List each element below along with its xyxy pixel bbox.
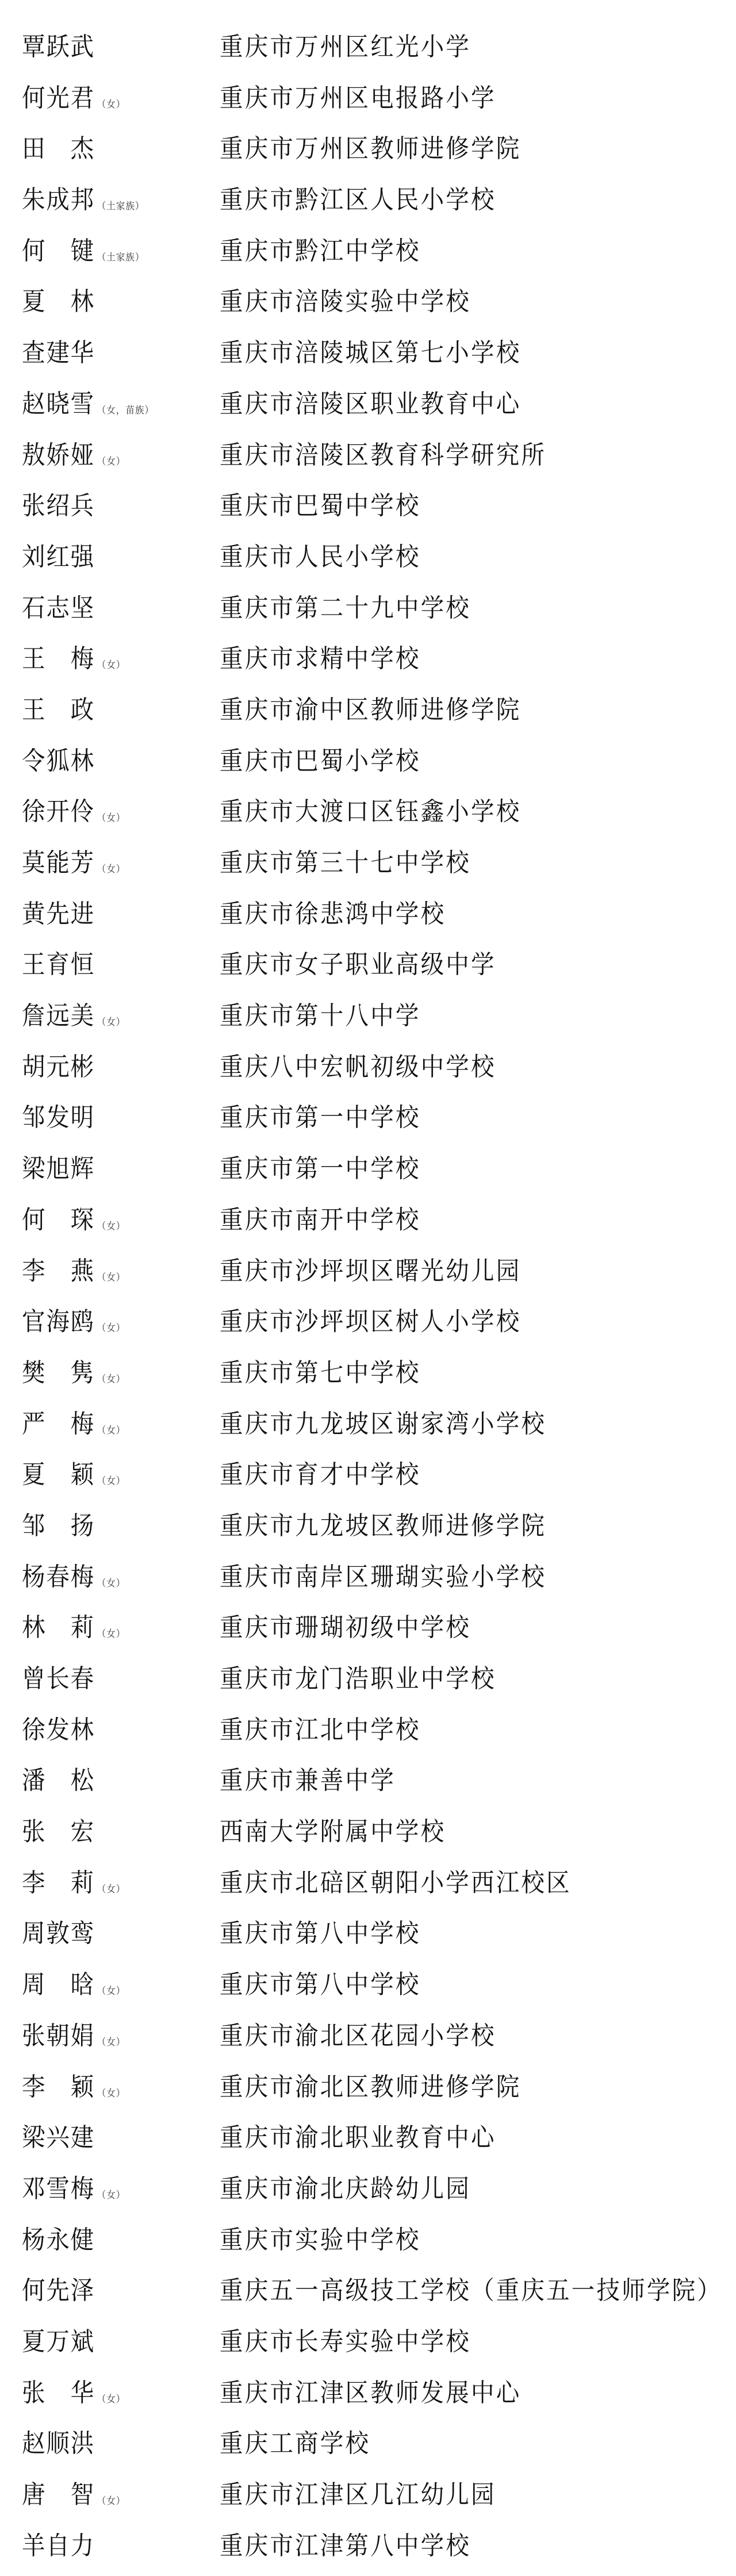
name-annotation: （女） bbox=[97, 1425, 126, 1436]
institution-name: 重庆市女子职业高级中学 bbox=[220, 948, 496, 982]
name-annotation: （女） bbox=[97, 2088, 126, 2099]
name-annotation: （女） bbox=[97, 456, 126, 467]
list-item: 胡元彬 重庆八中宏帆初级中学校 bbox=[0, 1050, 736, 1101]
person-name: 李 燕（女） bbox=[22, 1254, 125, 1289]
list-item: 赵晓雪（女，苗族） 重庆市涪陵区职业教育中心 bbox=[0, 387, 736, 438]
list-item: 何先泽 重庆五一高级技工学校（重庆五一技师学院） bbox=[0, 2274, 736, 2325]
person-name: 赵顺洪 bbox=[22, 2426, 97, 2461]
person-name: 田 杰 bbox=[22, 132, 97, 166]
institution-name: 重庆市实验中学校 bbox=[220, 2223, 421, 2257]
list-item: 官海鸥（女） 重庆市沙坪坝区树人小学校 bbox=[0, 1305, 736, 1356]
name-text: 何 键 bbox=[22, 234, 95, 269]
name-annotation: （女） bbox=[97, 1221, 126, 1232]
name-text: 张朝娟 bbox=[22, 2019, 95, 2053]
institution-name: 重庆市求精中学校 bbox=[220, 642, 421, 676]
name-text: 李 燕 bbox=[22, 1254, 95, 1289]
list-item: 令狐林 重庆市巴蜀小学校 bbox=[0, 744, 736, 795]
person-name: 莫能芳（女） bbox=[22, 846, 125, 880]
name-text: 夏 颖 bbox=[22, 1458, 95, 1492]
list-item: 覃跃武 重庆市万州区红光小学 bbox=[0, 30, 736, 81]
person-name: 梁兴建 bbox=[22, 2121, 97, 2155]
name-annotation: （女） bbox=[97, 812, 126, 824]
institution-name: 重庆市涪陵实验中学校 bbox=[220, 285, 471, 319]
list-item: 何 键（土家族） 重庆市黔江中学校 bbox=[0, 234, 736, 285]
name-text: 何光君 bbox=[22, 81, 95, 116]
person-name: 王 梅（女） bbox=[22, 642, 125, 676]
list-item: 张朝娟（女） 重庆市渝北区花园小学校 bbox=[0, 2019, 736, 2070]
person-name: 夏 颖（女） bbox=[22, 1458, 125, 1492]
name-text: 李 颖 bbox=[22, 2070, 95, 2104]
institution-name: 重庆市徐悲鸿中学校 bbox=[220, 897, 446, 931]
institution-name: 重庆市育才中学校 bbox=[220, 1458, 421, 1492]
institution-name: 重庆市兼善中学 bbox=[220, 1764, 396, 1798]
institution-name: 重庆市万州区教师进修学院 bbox=[220, 132, 521, 166]
name-text: 严 梅 bbox=[22, 1407, 95, 1442]
list-item: 何光君（女） 重庆市万州区电报路小学 bbox=[0, 81, 736, 132]
list-item: 周 晗（女） 重庆市第八中学校 bbox=[0, 1968, 736, 2019]
institution-name: 重庆市万州区红光小学 bbox=[220, 30, 471, 64]
name-text: 覃跃武 bbox=[22, 30, 95, 64]
name-text: 樊 隽 bbox=[22, 1356, 95, 1390]
person-name: 张 宏 bbox=[22, 1815, 97, 1849]
institution-name: 重庆市渝北职业教育中心 bbox=[220, 2121, 496, 2155]
person-name: 潘 松 bbox=[22, 1764, 97, 1798]
list-item: 何 琛（女） 重庆市南开中学校 bbox=[0, 1203, 736, 1254]
institution-name: 重庆市渝北区教师进修学院 bbox=[220, 2070, 521, 2104]
name-annotation: （土家族） bbox=[97, 252, 145, 263]
person-name: 敖娇娅（女） bbox=[22, 438, 125, 473]
person-name: 夏万斌 bbox=[22, 2325, 97, 2359]
person-name: 詹远美（女） bbox=[22, 999, 125, 1033]
person-name: 胡元彬 bbox=[22, 1050, 97, 1084]
institution-name: 重庆市南开中学校 bbox=[220, 1203, 421, 1237]
institution-name: 重庆市涪陵区教育科学研究所 bbox=[220, 438, 546, 473]
person-name: 徐发林 bbox=[22, 1713, 97, 1747]
institution-name: 重庆市第十八中学 bbox=[220, 999, 421, 1033]
list-item: 邹发明 重庆市第一中学校 bbox=[0, 1101, 736, 1152]
list-item: 赵顺洪 重庆工商学校 bbox=[0, 2426, 736, 2478]
institution-name: 重庆市大渡口区钰鑫小学校 bbox=[220, 795, 521, 829]
name-text: 徐开伶 bbox=[22, 795, 95, 829]
list-item: 夏万斌 重庆市长寿实验中学校 bbox=[0, 2325, 736, 2376]
institution-name: 重庆市黔江中学校 bbox=[220, 234, 421, 269]
person-name: 李 颖（女） bbox=[22, 2070, 125, 2104]
list-item: 曾长春 重庆市龙门浩职业中学校 bbox=[0, 1662, 736, 1713]
institution-name: 西南大学附属中学校 bbox=[220, 1815, 446, 1849]
name-text: 黄先进 bbox=[22, 897, 95, 931]
name-annotation: （女） bbox=[97, 1374, 126, 1385]
name-text: 令狐林 bbox=[22, 744, 95, 779]
name-text: 赵顺洪 bbox=[22, 2426, 95, 2461]
name-text: 羊自力 bbox=[22, 2529, 95, 2563]
name-text: 何先泽 bbox=[22, 2274, 95, 2308]
name-text: 潘 松 bbox=[22, 1764, 95, 1798]
name-text: 林 莉 bbox=[22, 1611, 95, 1645]
person-name: 杨春梅（女） bbox=[22, 1560, 125, 1594]
institution-name: 重庆市江津区教师发展中心 bbox=[220, 2376, 521, 2410]
name-text: 王 梅 bbox=[22, 642, 95, 676]
list-item: 石志坚 重庆市第二十九中学校 bbox=[0, 591, 736, 642]
institution-name: 重庆市涪陵区职业教育中心 bbox=[220, 387, 521, 421]
institution-name: 重庆市沙坪坝区树人小学校 bbox=[220, 1305, 521, 1339]
person-name: 邓雪梅（女） bbox=[22, 2172, 125, 2206]
name-text: 邹 扬 bbox=[22, 1509, 95, 1543]
institution-name: 重庆八中宏帆初级中学校 bbox=[220, 1050, 496, 1084]
institution-name: 重庆市巴蜀中学校 bbox=[220, 489, 421, 523]
list-item: 樊 隽（女） 重庆市第七中学校 bbox=[0, 1356, 736, 1407]
name-text: 杨永健 bbox=[22, 2223, 95, 2257]
person-name: 令狐林 bbox=[22, 744, 97, 779]
institution-name: 重庆市第二十九中学校 bbox=[220, 591, 471, 626]
name-annotation: （女） bbox=[97, 660, 126, 671]
person-name: 黄先进 bbox=[22, 897, 97, 931]
person-name: 官海鸥（女） bbox=[22, 1305, 125, 1339]
name-annotation: （女） bbox=[97, 1985, 126, 1997]
list-item: 王育恒 重庆市女子职业高级中学 bbox=[0, 948, 736, 999]
institution-name: 重庆市巴蜀小学校 bbox=[220, 744, 421, 779]
list-item: 张 华（女） 重庆市江津区教师发展中心 bbox=[0, 2376, 736, 2427]
list-item: 梁兴建 重庆市渝北职业教育中心 bbox=[0, 2121, 736, 2172]
name-text: 张 华 bbox=[22, 2376, 95, 2410]
list-item: 夏 颖（女） 重庆市育才中学校 bbox=[0, 1458, 736, 1509]
name-text: 田 杰 bbox=[22, 132, 95, 166]
person-name: 何 琛（女） bbox=[22, 1203, 125, 1237]
list-item: 杨春梅（女） 重庆市南岸区珊瑚实验小学校 bbox=[0, 1560, 736, 1611]
name-annotation: （女） bbox=[97, 1884, 126, 1895]
list-item: 莫能芳（女） 重庆市第三十七中学校 bbox=[0, 846, 736, 897]
name-text: 邹发明 bbox=[22, 1101, 95, 1135]
list-item: 邹 扬 重庆市九龙坡区教师进修学院 bbox=[0, 1509, 736, 1560]
institution-name: 重庆市南岸区珊瑚实验小学校 bbox=[220, 1560, 546, 1594]
name-text: 胡元彬 bbox=[22, 1050, 95, 1084]
name-annotation: （女） bbox=[97, 1017, 126, 1028]
person-name: 樊 隽（女） bbox=[22, 1356, 125, 1390]
person-name: 唐 智（女） bbox=[22, 2478, 125, 2512]
name-text: 曾长春 bbox=[22, 1662, 95, 1696]
list-item: 黄先进 重庆市徐悲鸿中学校 bbox=[0, 897, 736, 948]
institution-name: 重庆市第三十七中学校 bbox=[220, 846, 471, 880]
institution-name: 重庆市第一中学校 bbox=[220, 1152, 421, 1186]
list-item: 徐发林 重庆市江北中学校 bbox=[0, 1713, 736, 1764]
person-name: 刘红强 bbox=[22, 540, 97, 574]
list-item: 李 燕（女） 重庆市沙坪坝区曙光幼儿园 bbox=[0, 1254, 736, 1305]
name-text: 何 琛 bbox=[22, 1203, 95, 1237]
institution-name: 重庆市江北中学校 bbox=[220, 1713, 421, 1747]
list-item: 李 颖（女） 重庆市渝北区教师进修学院 bbox=[0, 2070, 736, 2121]
institution-name: 重庆市江津第八中学校 bbox=[220, 2529, 471, 2563]
institution-name: 重庆市第七中学校 bbox=[220, 1356, 421, 1390]
institution-name: 重庆市黔江区人民小学校 bbox=[220, 183, 496, 217]
list-item: 严 梅（女） 重庆市九龙坡区谢家湾小学校 bbox=[0, 1407, 736, 1458]
name-text: 查建华 bbox=[22, 336, 95, 370]
list-item: 羊自力 重庆市江津第八中学校 bbox=[0, 2529, 736, 2576]
institution-name: 重庆市万州区电报路小学 bbox=[220, 81, 496, 116]
list-item: 查建华 重庆市涪陵城区第七小学校 bbox=[0, 336, 736, 387]
name-annotation: （女，苗族） bbox=[97, 405, 154, 416]
name-text: 官海鸥 bbox=[22, 1305, 95, 1339]
institution-name: 重庆市龙门浩职业中学校 bbox=[220, 1662, 496, 1696]
person-name: 朱成邦（土家族） bbox=[22, 183, 144, 217]
honoree-list: 覃跃武 重庆市万州区红光小学 何光君（女） 重庆市万州区电报路小学 田 杰 重庆… bbox=[0, 30, 736, 2576]
institution-name: 重庆市第八中学校 bbox=[220, 1968, 421, 2002]
person-name: 林 莉（女） bbox=[22, 1611, 125, 1645]
person-name: 梁旭辉 bbox=[22, 1152, 97, 1186]
person-name: 张朝娟（女） bbox=[22, 2019, 125, 2053]
name-text: 梁旭辉 bbox=[22, 1152, 95, 1186]
name-annotation: （女） bbox=[97, 1475, 126, 1487]
institution-name: 重庆市长寿实验中学校 bbox=[220, 2325, 471, 2359]
name-text: 邓雪梅 bbox=[22, 2172, 95, 2206]
list-item: 詹远美（女） 重庆市第十八中学 bbox=[0, 999, 736, 1050]
list-item: 田 杰 重庆市万州区教师进修学院 bbox=[0, 132, 736, 183]
name-text: 莫能芳 bbox=[22, 846, 95, 880]
person-name: 羊自力 bbox=[22, 2529, 97, 2563]
name-text: 徐发林 bbox=[22, 1713, 95, 1747]
institution-name: 重庆市珊瑚初级中学校 bbox=[220, 1611, 471, 1645]
person-name: 王育恒 bbox=[22, 948, 97, 982]
name-text: 朱成邦 bbox=[22, 183, 95, 217]
list-item: 王 政 重庆市渝中区教师进修学院 bbox=[0, 693, 736, 744]
list-item: 杨永健 重庆市实验中学校 bbox=[0, 2223, 736, 2274]
name-text: 石志坚 bbox=[22, 591, 95, 626]
name-annotation: （女） bbox=[97, 1322, 126, 1334]
list-item: 邓雪梅（女） 重庆市渝北庆龄幼儿园 bbox=[0, 2172, 736, 2223]
list-item: 李 莉（女） 重庆市北碚区朝阳小学西江校区 bbox=[0, 1866, 736, 1917]
name-annotation: （女） bbox=[97, 1578, 126, 1589]
person-name: 杨永健 bbox=[22, 2223, 97, 2257]
name-annotation: （女） bbox=[97, 99, 126, 110]
name-text: 张绍兵 bbox=[22, 489, 95, 523]
person-name: 何先泽 bbox=[22, 2274, 97, 2308]
institution-name: 重庆市渝北庆龄幼儿园 bbox=[220, 2172, 471, 2206]
list-item: 夏 林 重庆市涪陵实验中学校 bbox=[0, 285, 736, 336]
institution-name: 重庆市渝中区教师进修学院 bbox=[220, 693, 521, 727]
person-name: 严 梅（女） bbox=[22, 1407, 125, 1442]
list-item: 张绍兵 重庆市巴蜀中学校 bbox=[0, 489, 736, 540]
name-text: 周敦鸾 bbox=[22, 1916, 95, 1951]
person-name: 王 政 bbox=[22, 693, 97, 727]
institution-name: 重庆市人民小学校 bbox=[220, 540, 421, 574]
name-text: 王育恒 bbox=[22, 948, 95, 982]
institution-name: 重庆市涪陵城区第七小学校 bbox=[220, 336, 521, 370]
name-text: 赵晓雪 bbox=[22, 387, 95, 421]
name-text: 李 莉 bbox=[22, 1866, 95, 1900]
person-name: 覃跃武 bbox=[22, 30, 97, 64]
institution-name: 重庆五一高级技工学校（重庆五一技师学院） bbox=[220, 2274, 722, 2308]
person-name: 赵晓雪（女，苗族） bbox=[22, 387, 154, 421]
name-text: 梁兴建 bbox=[22, 2121, 95, 2155]
list-item: 敖娇娅（女） 重庆市涪陵区教育科学研究所 bbox=[0, 438, 736, 489]
person-name: 李 莉（女） bbox=[22, 1866, 125, 1900]
person-name: 查建华 bbox=[22, 336, 97, 370]
list-item: 梁旭辉 重庆市第一中学校 bbox=[0, 1152, 736, 1203]
name-text: 王 政 bbox=[22, 693, 95, 727]
institution-name: 重庆市九龙坡区教师进修学院 bbox=[220, 1509, 546, 1543]
list-item: 张 宏 西南大学附属中学校 bbox=[0, 1815, 736, 1866]
institution-name: 重庆市北碚区朝阳小学西江校区 bbox=[220, 1866, 572, 1900]
institution-name: 重庆市渝北区花园小学校 bbox=[220, 2019, 496, 2053]
list-item: 徐开伶（女） 重庆市大渡口区钰鑫小学校 bbox=[0, 795, 736, 846]
person-name: 何光君（女） bbox=[22, 81, 125, 116]
list-item: 朱成邦（土家族） 重庆市黔江区人民小学校 bbox=[0, 183, 736, 234]
person-name: 石志坚 bbox=[22, 591, 97, 626]
name-text: 刘红强 bbox=[22, 540, 95, 574]
list-item: 林 莉（女） 重庆市珊瑚初级中学校 bbox=[0, 1611, 736, 1662]
name-annotation: （女） bbox=[97, 2394, 126, 2405]
name-text: 詹远美 bbox=[22, 999, 95, 1033]
person-name: 邹发明 bbox=[22, 1101, 97, 1135]
institution-name: 重庆市沙坪坝区曙光幼儿园 bbox=[220, 1254, 521, 1289]
list-item: 王 梅（女） 重庆市求精中学校 bbox=[0, 642, 736, 693]
person-name: 徐开伶（女） bbox=[22, 795, 125, 829]
person-name: 邹 扬 bbox=[22, 1509, 97, 1543]
name-text: 杨春梅 bbox=[22, 1560, 95, 1594]
institution-name: 重庆市江津区几江幼儿园 bbox=[220, 2478, 496, 2512]
name-text: 敖娇娅 bbox=[22, 438, 95, 473]
name-text: 夏 林 bbox=[22, 285, 95, 319]
institution-name: 重庆市第一中学校 bbox=[220, 1101, 421, 1135]
name-annotation: （女） bbox=[97, 1628, 126, 1640]
person-name: 夏 林 bbox=[22, 285, 97, 319]
list-item: 周敦鸾 重庆市第八中学校 bbox=[0, 1916, 736, 1968]
person-name: 周敦鸾 bbox=[22, 1916, 97, 1951]
name-annotation: （女） bbox=[97, 2495, 126, 2507]
list-item: 潘 松 重庆市兼善中学 bbox=[0, 1764, 736, 1815]
name-text: 周 晗 bbox=[22, 1968, 95, 2002]
name-annotation: （土家族） bbox=[97, 201, 145, 212]
person-name: 张 华（女） bbox=[22, 2376, 125, 2410]
person-name: 张绍兵 bbox=[22, 489, 97, 523]
name-annotation: （女） bbox=[97, 2037, 126, 2048]
person-name: 曾长春 bbox=[22, 1662, 97, 1696]
name-text: 唐 智 bbox=[22, 2478, 95, 2512]
name-annotation: （女） bbox=[97, 2190, 126, 2201]
name-text: 张 宏 bbox=[22, 1815, 95, 1849]
institution-name: 重庆市九龙坡区谢家湾小学校 bbox=[220, 1407, 546, 1442]
list-item: 刘红强 重庆市人民小学校 bbox=[0, 540, 736, 591]
list-item: 唐 智（女） 重庆市江津区几江幼儿园 bbox=[0, 2478, 736, 2529]
institution-name: 重庆工商学校 bbox=[220, 2426, 370, 2461]
person-name: 周 晗（女） bbox=[22, 1968, 125, 2002]
institution-name: 重庆市第八中学校 bbox=[220, 1916, 421, 1951]
name-annotation: （女） bbox=[97, 864, 126, 875]
name-text: 夏万斌 bbox=[22, 2325, 95, 2359]
person-name: 何 键（土家族） bbox=[22, 234, 144, 269]
name-annotation: （女） bbox=[97, 1272, 126, 1283]
